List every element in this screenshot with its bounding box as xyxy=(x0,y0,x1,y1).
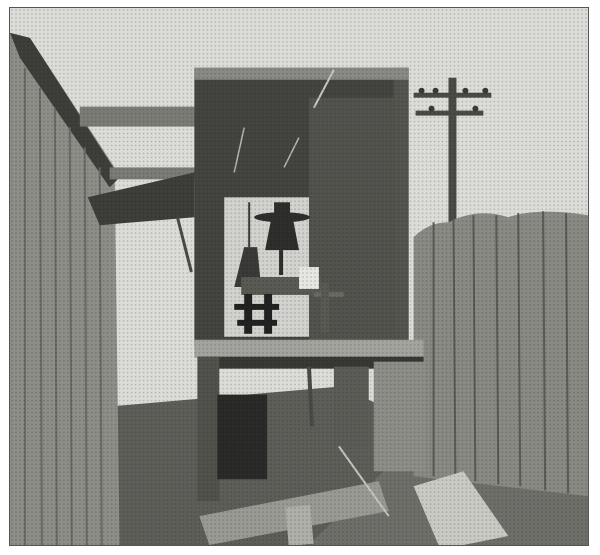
photo-illustration xyxy=(10,8,588,545)
photograph xyxy=(9,7,589,546)
